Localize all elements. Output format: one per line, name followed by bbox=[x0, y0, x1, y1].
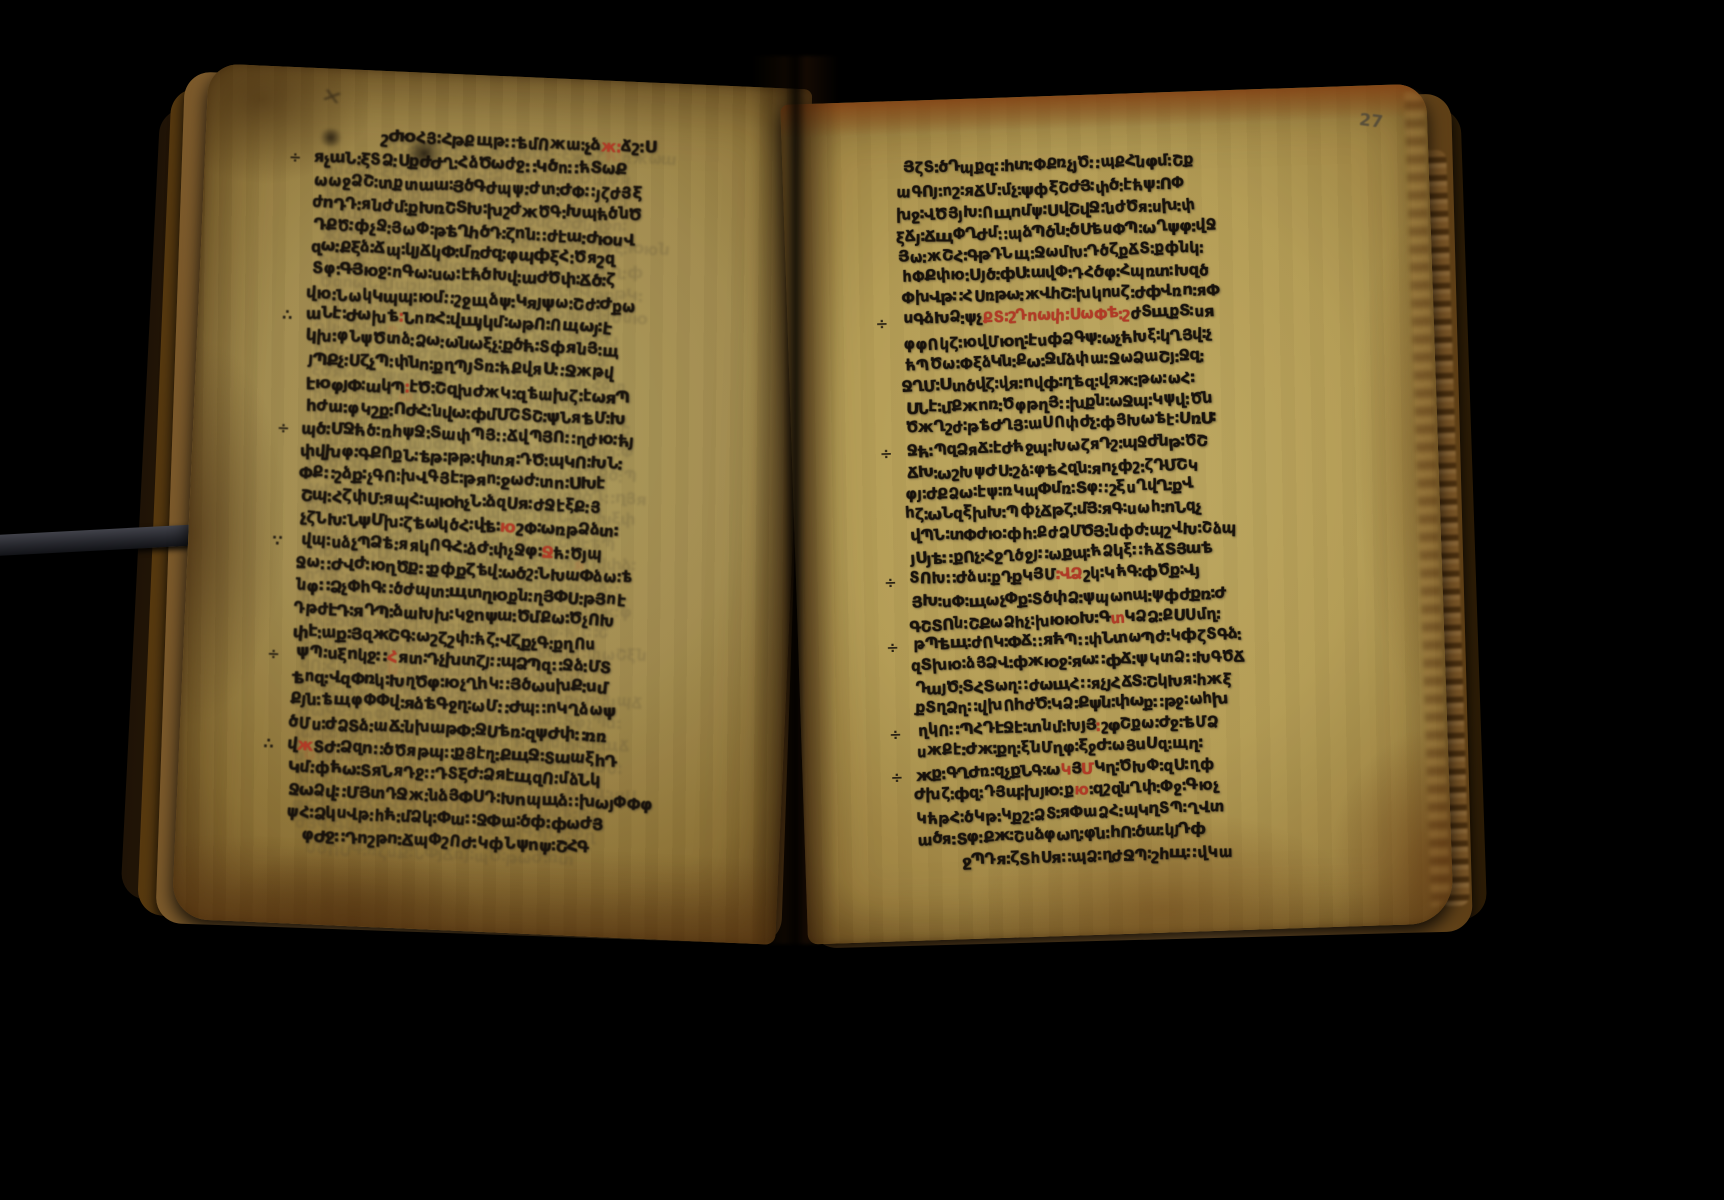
left-page: ✕ ԴՇ:չՁԴ:фձ:թюժԽщ::ξжջζћ:ռжωաղմՃՁհ:ξԾՇԽя… bbox=[172, 63, 813, 945]
margin-mark: ∵ bbox=[272, 531, 283, 549]
margin-mark: ÷ bbox=[267, 644, 280, 663]
text-line: ջՊԴя:ζՏհՍя::պՁ:ղԺՋՊ:շհщ::վԿա bbox=[962, 842, 1233, 869]
margin-mark: ÷ bbox=[890, 768, 903, 786]
margin-mark: ÷ bbox=[886, 638, 899, 656]
margin-mark: ∴ bbox=[282, 305, 293, 323]
margin-mark: ÷ bbox=[884, 574, 897, 592]
manuscript-photo-scene: ✕ ԴՇ:չՁԴ:фձ:թюժԽщ::ξжջζћ:ռжωաղմՃՁհ:ξԾՇԽя… bbox=[0, 0, 1724, 1200]
left-page-text: շԺюՀՅ:ՀթՔщթ::ѣմՈжա:չձж:Ճշ:ՍяչաՆ:ξՏՁ:ՍքժԺ… bbox=[285, 124, 778, 873]
margin-mark: ∴ bbox=[263, 734, 274, 752]
folio-number: 27 bbox=[1358, 110, 1384, 133]
right-page: 27 ՅζՏ:ծԴպքզ::հտ:ՓՔռչյԾ::պՔՀնφմ:ՇքաԳՈյ:ո… bbox=[780, 84, 1453, 945]
corner-mark: ✕ bbox=[318, 82, 346, 111]
margin-mark: ÷ bbox=[889, 725, 902, 743]
margin-mark: ÷ bbox=[277, 418, 290, 437]
margin-mark: ÷ bbox=[880, 444, 893, 462]
margin-mark: ÷ bbox=[875, 315, 888, 333]
right-page-text: ՅζՏ:ծԴպքզ::հտ:ՓՔռչյԾ::պՔՀնφմ:ՇքաԳՈյ:ոշ:я… bbox=[896, 146, 1372, 885]
margin-mark: ÷ bbox=[289, 147, 302, 166]
